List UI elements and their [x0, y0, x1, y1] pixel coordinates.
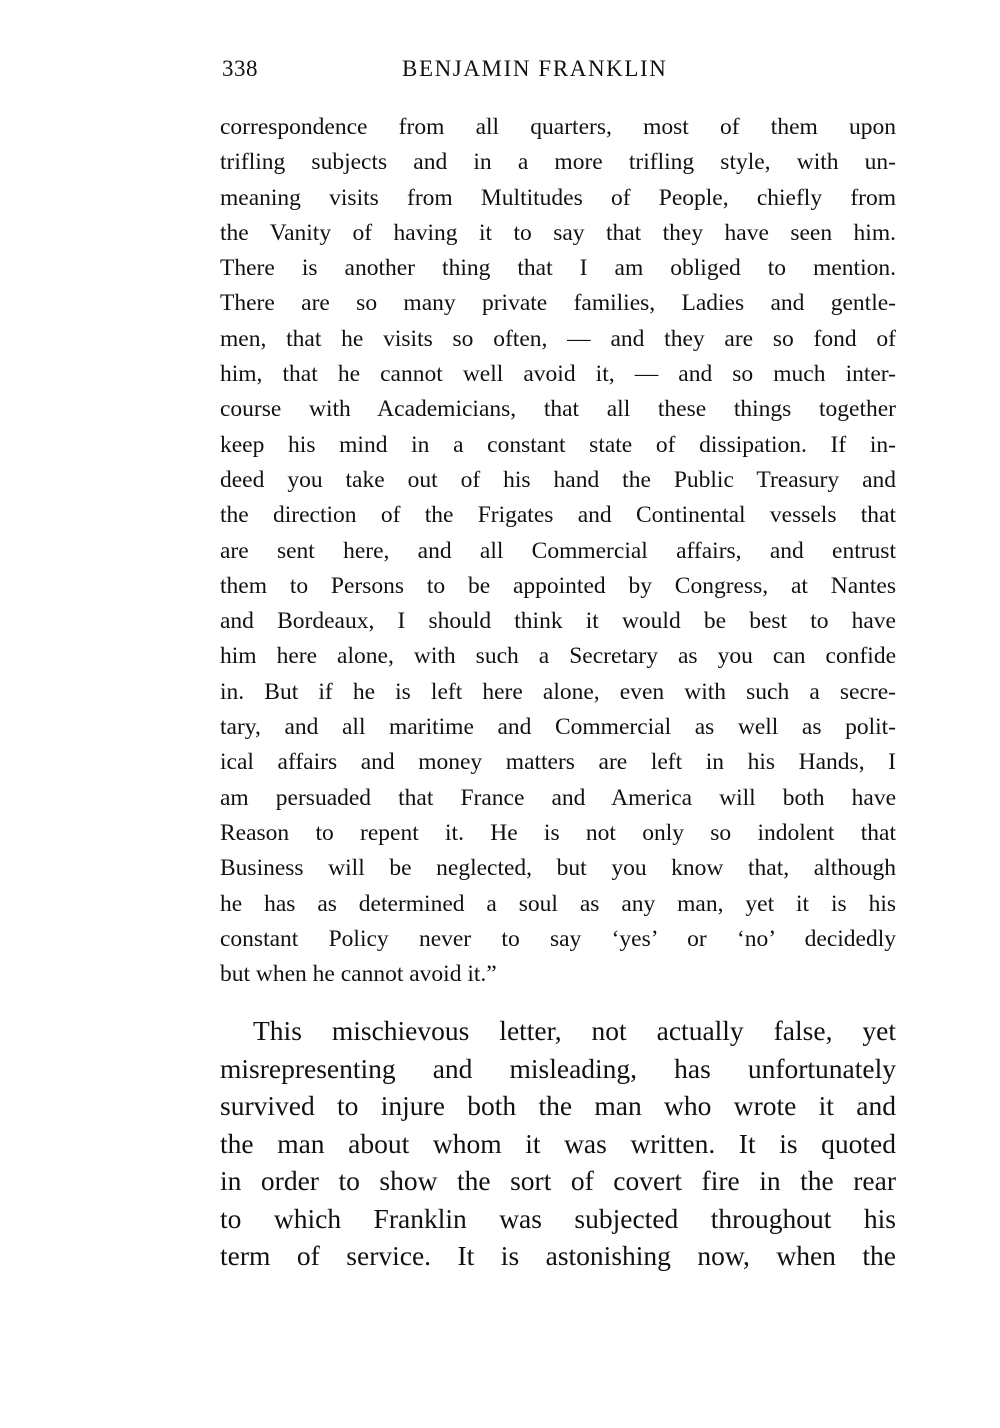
text-line: men, that he visits so often, — and they…	[220, 322, 896, 357]
text-line: him, that he cannot well avoid it, — and…	[220, 357, 896, 392]
text-line: tary, and all maritime and Commercial as…	[220, 710, 896, 745]
text-line: misrepresenting and misleading, has unfo…	[220, 1050, 896, 1088]
text-line: in. But if he is left here alone, even w…	[220, 675, 896, 710]
page-number: 338	[222, 56, 258, 82]
text-line: This mischievous letter, not actually fa…	[220, 1012, 896, 1050]
text-line: term of service. It is astonishing now, …	[220, 1237, 896, 1275]
text-line: but when he cannot avoid it.”	[220, 957, 896, 992]
text-line: trifling subjects and in a more trifling…	[220, 145, 896, 180]
text-line: ical affairs and money matters are left …	[220, 745, 896, 780]
quoted-letter: correspondence from all quarters, most o…	[220, 110, 896, 992]
text-line: constant Policy never to say ‘yes’ or ‘n…	[220, 922, 896, 957]
text-line: There is another thing that I am obliged…	[220, 251, 896, 286]
text-line: him here alone, with such a Secretary as…	[220, 639, 896, 674]
text-line: correspondence from all quarters, most o…	[220, 110, 896, 145]
text-line: the Vanity of having it to say that they…	[220, 216, 896, 251]
text-line: Reason to repent it. He is not only so i…	[220, 816, 896, 851]
text-line: them to Persons to be appointed by Congr…	[220, 569, 896, 604]
body-paragraph: This mischievous letter, not actually fa…	[220, 1012, 896, 1275]
text-line: to which Franklin was subjected througho…	[220, 1200, 896, 1238]
running-title: BENJAMIN FRANKLIN	[402, 56, 668, 82]
text-line: keep his mind in a constant state of dis…	[220, 428, 896, 463]
text-line: There are so many private families, Ladi…	[220, 286, 896, 321]
text-line: course with Academicians, that all these…	[220, 392, 896, 427]
text-line: the man about whom it was written. It is…	[220, 1125, 896, 1163]
running-head: 338 BENJAMIN FRANKLIN	[222, 56, 896, 88]
text-line: are sent here, and all Commercial affair…	[220, 534, 896, 569]
text-line: he has as determined a soul as any man, …	[220, 887, 896, 922]
text-line: Business will be neglected, but you know…	[220, 851, 896, 886]
text-line: am persuaded that France and America wil…	[220, 781, 896, 816]
text-line: deed you take out of his hand the Public…	[220, 463, 896, 498]
text-line: survived to injure both the man who wrot…	[220, 1087, 896, 1125]
text-line: in order to show the sort of covert fire…	[220, 1162, 896, 1200]
text-line: the direction of the Frigates and Contin…	[220, 498, 896, 533]
text-line: meaning visits from Multitudes of People…	[220, 181, 896, 216]
text-line: and Bordeaux, I should think it would be…	[220, 604, 896, 639]
